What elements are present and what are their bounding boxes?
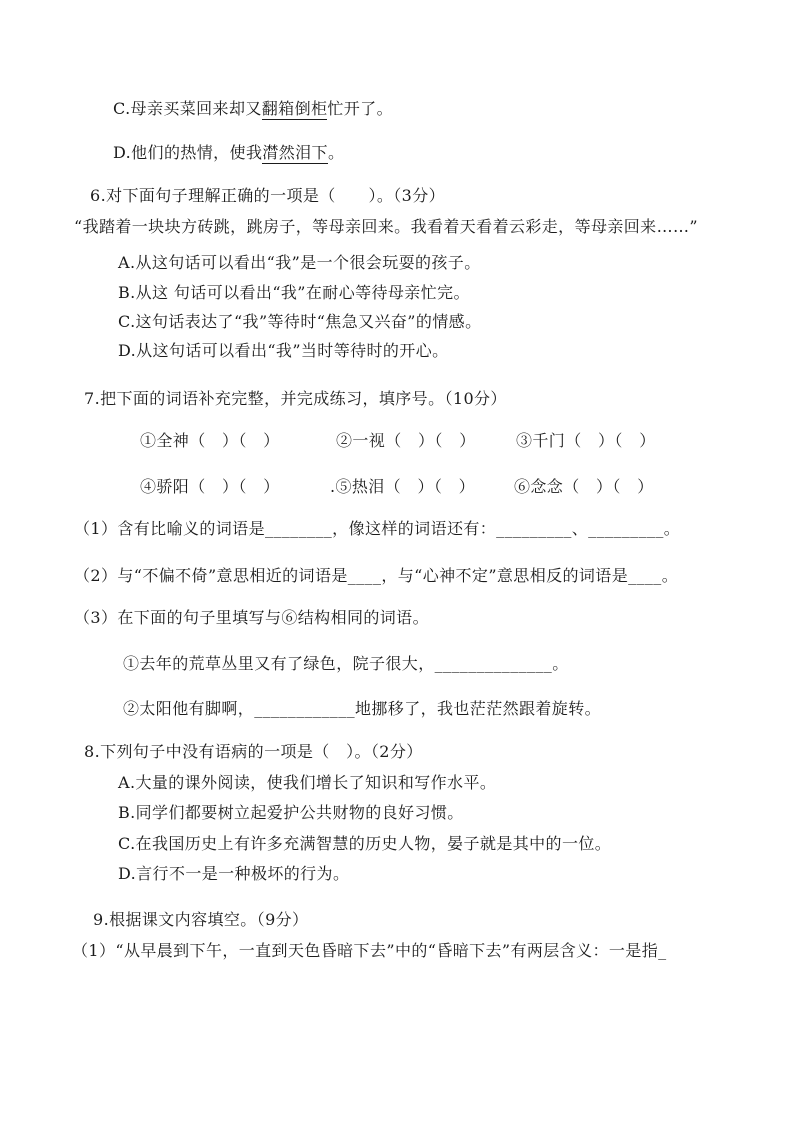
question-7-sub-2: （2）与“不偏不倚”意思相近的词语是____，与“心神不定”意思相反的词语是__… [74,566,678,585]
word-item-5: .⑤热泪（ ）（ ） [330,477,475,496]
question-9-sub-1: （1）“从早晨到下午，一直到天色昏暗下去”中的“昏暗下去”有两层含义：一是指_ [72,941,667,960]
fill-sentence-1: ①去年的荒草丛里又有了绿色，院子很大，______________。 [123,654,569,673]
underlined-idiom: 翻箱倒柜 [262,99,328,120]
question-6-option-c: C.这句话表达了“我”等待时“焦急又兴奋”的情感。 [118,312,481,331]
word-item-1: ①全神（ ）（ ） [140,431,280,450]
question-7-sub-3: （3）在下面的句子里填写与⑥结构相同的词语。 [74,608,429,627]
exam-page: C.母亲买菜回来却又翻箱倒柜忙开了。 D.他们的热情，使我潸然泪下。 6.对下面… [0,0,793,1122]
question-5-option-c: C.母亲买菜回来却又翻箱倒柜忙开了。 [113,99,393,118]
option-text: C.母亲买菜回来却又 [113,99,262,118]
question-7-sub-1: （1）含有比喻义的词语是________，像这样的词语还有：_________、… [74,519,680,538]
question-8-stem: 8.下列句子中没有语病的一项是（ ）。（2分） [84,742,423,761]
option-text: D.他们的热情，使我 [113,143,262,162]
question-9-stem: 9.根据课文内容填空。（9分） [93,910,308,929]
question-8-option-b: B.同学们都要树立起爱护公共财物的良好习惯。 [118,803,464,822]
fill-sentence-2: ②太阳他有脚啊，____________地挪移了，我也茫茫然跟着旋转。 [123,699,601,718]
word-item-2: ②一视（ ）（ ） [336,431,476,450]
option-text: 忙开了。 [327,99,393,118]
question-6-quote: “我踏着一块块方砖跳，跳房子，等母亲回来。我看着天看着云彩走，等母亲回来……” [74,217,698,236]
question-6-stem: 6.对下面句子理解正确的一项是（ ）。（3分） [90,186,445,205]
question-6-option-b: B.从这 句话可以看出“我”在耐心等待母亲忙完。 [118,283,470,302]
word-item-4: ④骄阳（ ）（ ） [140,477,280,496]
underlined-idiom: 潸然泪下 [262,143,328,164]
question-8-option-a: A.大量的课外阅读，使我们增长了知识和写作水平。 [118,773,496,792]
question-5-option-d: D.他们的热情，使我潸然泪下。 [113,143,344,162]
word-item-6: ⑥念念（ ）（ ） [514,477,654,496]
word-item-3: ③千门（ ）（ ） [516,431,656,450]
question-7-stem: 7.把下面的词语补充完整，并完成练习，填序号。（10分） [84,389,507,408]
question-8-option-d: D.言行不一是一种极坏的行为。 [118,864,349,883]
question-8-option-c: C.在我国历史上有许多充满智慧的历史人物，晏子就是其中的一位。 [118,834,611,853]
question-6-option-a: A.从这句话可以看出“我”是一个很会玩耍的孩子。 [118,253,481,272]
question-6-option-d: D.从这句话可以看出“我”当时等待时的开心。 [118,341,449,360]
option-text: 。 [328,143,344,162]
